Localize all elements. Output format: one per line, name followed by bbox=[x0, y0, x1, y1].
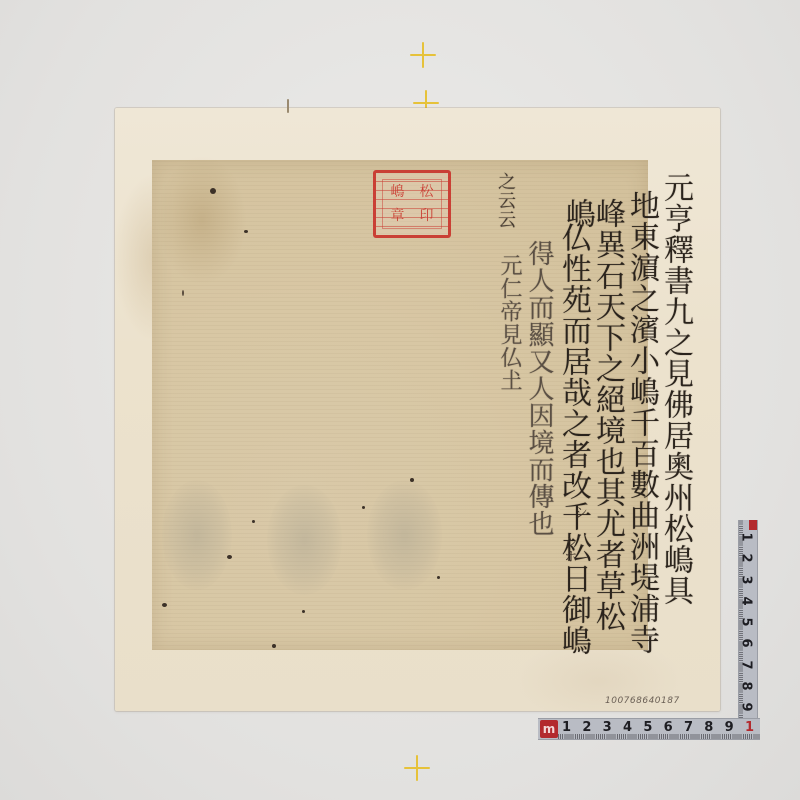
stain bbox=[162, 480, 232, 590]
furigana-annotation: シホ bbox=[560, 535, 580, 563]
furigana-annotation: シ bbox=[570, 505, 590, 519]
text-column-3: 峰異石天下之絕境也其尤者草松嶋 bbox=[592, 198, 622, 660]
speck bbox=[244, 230, 248, 233]
speck bbox=[272, 644, 276, 648]
paper-fiber bbox=[287, 99, 289, 113]
speck bbox=[437, 576, 440, 579]
ruler-tick-label: 7 bbox=[737, 660, 755, 669]
vertical-ruler-ticks: 1 2 3 4 5 6 7 8 9 bbox=[741, 528, 750, 716]
speck bbox=[252, 520, 255, 523]
ruler-tick-label: 1 bbox=[737, 532, 755, 541]
speck bbox=[227, 555, 232, 559]
text-column-2: 地東濵之濱小嶋千百數曲洲堤浦寺 bbox=[626, 190, 656, 660]
ruler-tick-label: 6 bbox=[664, 720, 673, 735]
ruler-tick-label: 1 bbox=[745, 720, 754, 735]
speck bbox=[362, 506, 365, 509]
registration-mark-top bbox=[410, 42, 436, 68]
ruler-tick-label: 8 bbox=[737, 681, 755, 690]
seal-glyph: 章 bbox=[383, 204, 412, 228]
text-column-1: 元亨釋書九之見佛居奧州松嶋具 bbox=[660, 172, 690, 660]
text-column-5-main: 得人而顯又人因境而傳也 bbox=[524, 240, 554, 660]
red-seal-stamp: 嶋 松 章 印 bbox=[373, 170, 451, 238]
text-column-5-sub: 元仁帝見仏𡈽 bbox=[494, 254, 524, 660]
horizontal-scale-ruler: m 1 2 3 4 5 6 7 8 9 1 bbox=[538, 718, 760, 740]
speck bbox=[302, 610, 305, 613]
catalog-number: 100768640187 bbox=[605, 696, 680, 706]
ruler-tick-label: 5 bbox=[643, 720, 652, 735]
vertical-scale-ruler: 1 2 3 4 5 6 7 8 9 bbox=[738, 520, 758, 720]
ruler-tick-label: 1 bbox=[562, 720, 571, 735]
seal-glyph: 松 bbox=[412, 180, 441, 204]
ruler-tick-label: 3 bbox=[737, 575, 755, 584]
speck bbox=[410, 478, 414, 482]
stain bbox=[267, 485, 342, 595]
ruler-unit-badge bbox=[749, 520, 757, 530]
speck bbox=[162, 603, 167, 607]
ruler-tick-label: 9 bbox=[737, 702, 755, 711]
ruler-tick-label: 9 bbox=[725, 720, 734, 735]
ruler-unit-badge: m bbox=[540, 720, 558, 738]
text-column-4: 仏性苑而居哉之者改千松日御嶋 bbox=[558, 222, 588, 660]
ruler-tick-label: 7 bbox=[684, 720, 693, 735]
ruler-tick-label: 4 bbox=[623, 720, 632, 735]
manuscript-text: 元亨釋書九之見佛居奧州松嶋具 地東濵之濱小嶋千百數曲洲堤浦寺 峰異石天下之絕境也… bbox=[490, 170, 690, 660]
text-column-5: 得人而顯又人因境而傳也 元仁帝見仏𡈽 bbox=[524, 240, 554, 660]
horizontal-ruler-ticks: 1 2 3 4 5 6 7 8 9 1 bbox=[558, 720, 760, 739]
ruler-tick-label: 5 bbox=[737, 617, 755, 626]
ruler-tick-label: 6 bbox=[737, 639, 755, 648]
speck bbox=[210, 188, 216, 194]
seal-glyph: 印 bbox=[412, 204, 441, 228]
registration-mark-bottom bbox=[404, 755, 430, 781]
ruler-tick-label: 2 bbox=[737, 554, 755, 563]
ruler-tick-label: 4 bbox=[737, 596, 755, 605]
seal-glyph: 嶋 bbox=[383, 180, 412, 204]
ruler-tick-label: 3 bbox=[603, 720, 612, 735]
ruler-tick-label: 2 bbox=[582, 720, 591, 735]
speck bbox=[182, 290, 184, 296]
stain bbox=[157, 155, 247, 285]
seal-glyph-grid: 嶋 松 章 印 bbox=[382, 179, 442, 229]
ruler-tick-label: 8 bbox=[704, 720, 713, 735]
stain bbox=[367, 480, 442, 590]
